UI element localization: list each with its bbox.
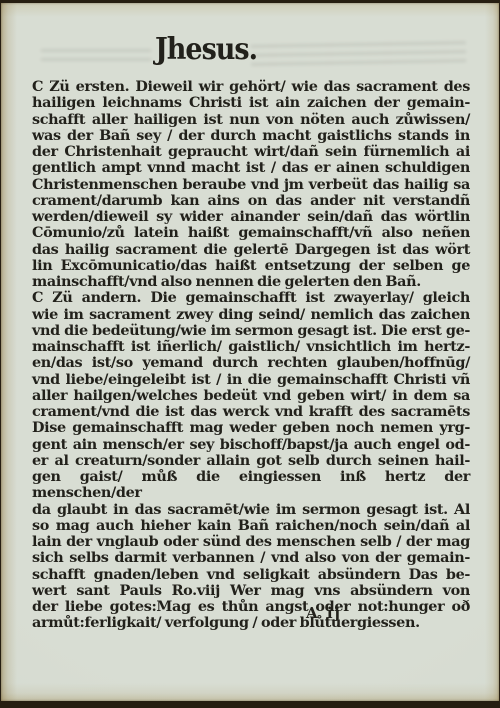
book-page: Jhesus. C Zü ersten. Dieweil wir gehört/… <box>1 3 499 701</box>
text-block: C Zü ersten. Dieweil wir gehört/ wie das… <box>32 79 470 632</box>
text-line: mainschafft/vnd also nennen die gelerten… <box>32 274 470 290</box>
text-line: er al creaturn/sonder allain got selb du… <box>32 453 470 469</box>
text-line: das hailig sacrament die gelertē Dargege… <box>32 242 470 258</box>
text-line: da glaubt in das sacramēt/wie im sermon … <box>32 502 470 518</box>
text-line: hailigen leichnams Christi ist ain zaich… <box>32 95 470 111</box>
text-line: der Christenhait gepraucht wirt/dañ sein… <box>32 144 470 160</box>
text-line: so mag auch hieher kain Bañ raichen/noch… <box>32 518 470 534</box>
text-line: werden/dieweil sy wider ainander sein/da… <box>32 209 470 225</box>
text-line: lin Excōmunicatio/das haißt entsetzung d… <box>32 258 470 274</box>
text-line: Cōmunio/zů latein haißt gemainschafft/vñ… <box>32 225 470 241</box>
text-line: der liebe gotes:Mag es thůn angst oder n… <box>32 599 470 615</box>
text-line: crament/darumb kan ains on das ander nit… <box>32 193 470 209</box>
text-line: schafft aller hailigen ist nun von nöten… <box>32 112 470 128</box>
text-line: lain der vnglaub oder sünd des menschen … <box>32 534 470 550</box>
signature-mark: A ij <box>306 604 342 622</box>
text-line: Dise gemainschafft mag weder geben noch … <box>32 420 470 436</box>
text-line: C Zü ersten. Dieweil wir gehört/ wie das… <box>32 79 470 95</box>
text-line: Christenmenschen beraube vnd jm verbeüt … <box>32 177 470 193</box>
text-line: schafft gnaden/leben vnd seligkait absün… <box>32 567 470 583</box>
text-line: gen gaist/ můß die eingiessen inß hertz … <box>32 469 470 502</box>
text-line: was der Bañ sey / der durch macht gaistl… <box>32 128 470 144</box>
text-line: gentlich ampt vnnd macht ist / das er ai… <box>32 160 470 176</box>
text-line: wie im sacrament zwey ding seind/ nemlic… <box>32 307 470 323</box>
text-line: vnd liebe/eingeleibt ist / in die gemain… <box>32 372 470 388</box>
photographed-book-page: Jhesus. C Zü ersten. Dieweil wir gehört/… <box>0 0 500 708</box>
text-line: mainschafft ist iñerlich/ gaistlich/ vns… <box>32 339 470 355</box>
text-line: C Zü andern. Die gemainschafft ist zwaye… <box>32 290 470 306</box>
text-line: wert sant Pauls Ro.viij Wer mag vns absü… <box>32 583 470 599</box>
page-title: Jhesus. <box>1 32 411 67</box>
text-line: crament/vnd die ist das werck vnd krafft… <box>32 404 470 420</box>
text-line: vnd die bedeütung/wie im sermon gesagt i… <box>32 323 470 339</box>
text-line: en/das ist/so yemand durch rechten glaub… <box>32 355 470 371</box>
text-line: armůt:ferligkait/ verfolgung / oder blůt… <box>32 615 470 631</box>
text-line: gent ain mensch/er sey bischoff/bapst/ja… <box>32 437 470 453</box>
text-line: sich selbs darmit verbannen / vnd also v… <box>32 550 470 566</box>
text-line: aller hailgen/welches bedeüt vnd geben w… <box>32 388 470 404</box>
